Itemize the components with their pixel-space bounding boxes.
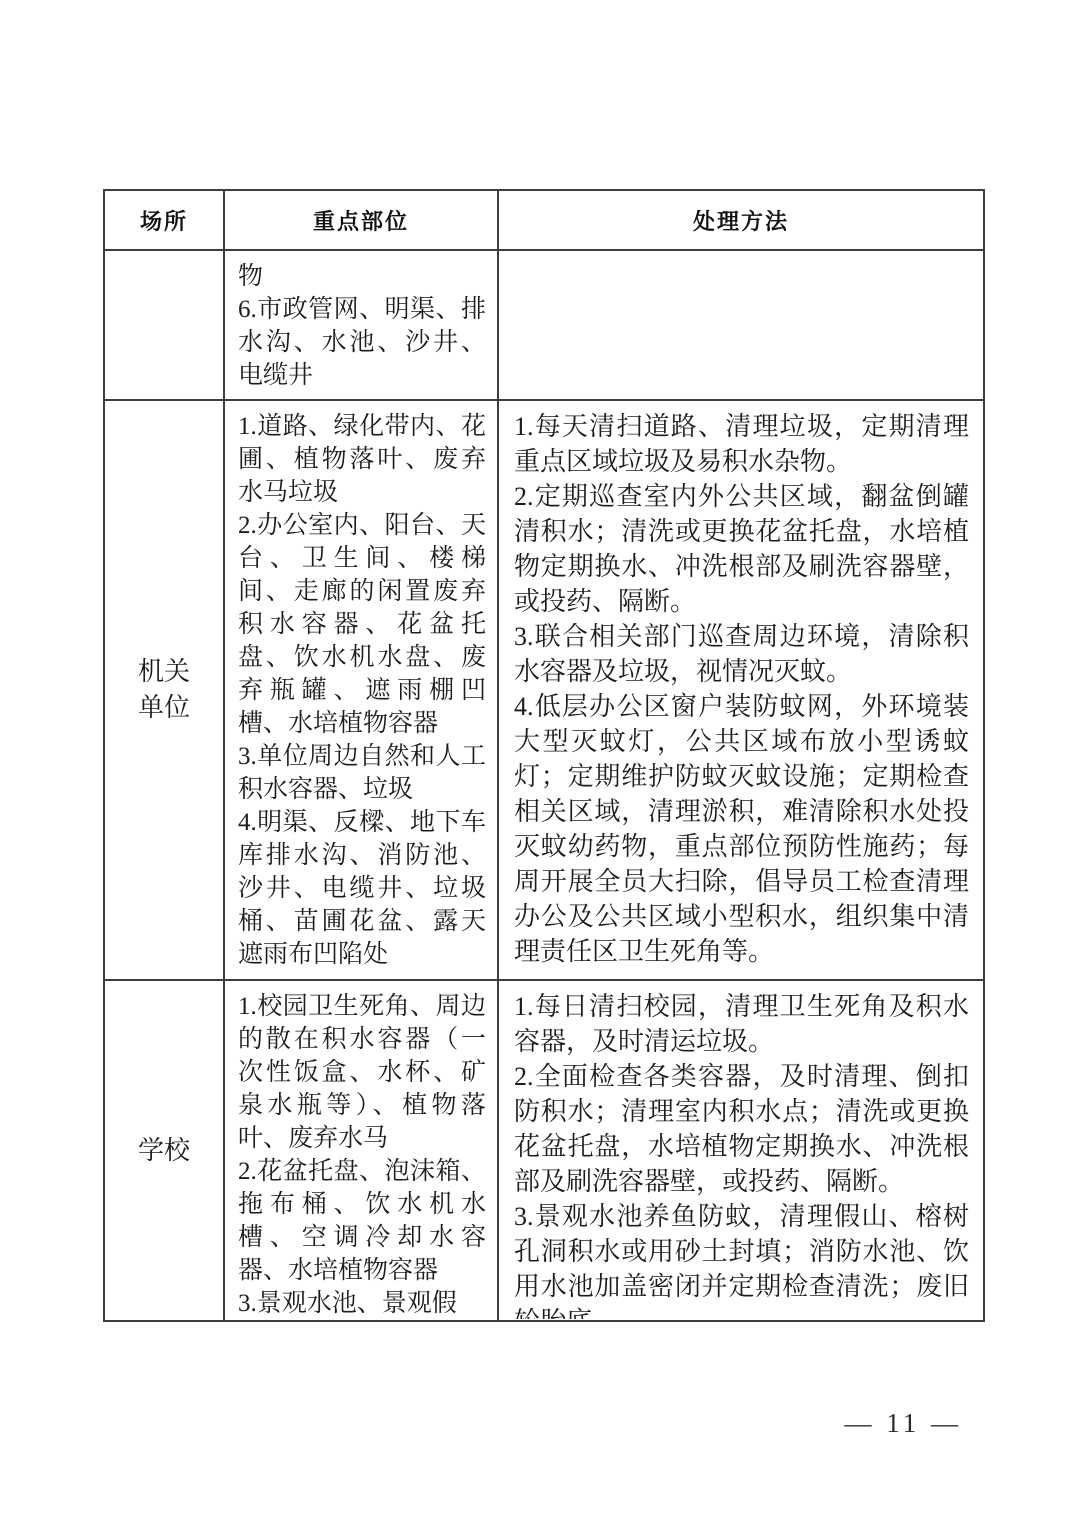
mosquito-control-table: 场所 重点部位 处理方法 物 6.市政管网、明渠、排水沟、水池、沙井、电缆井 机… <box>103 189 985 1322</box>
place-cell: 学校 <box>104 980 224 1321</box>
methods-content: 1.每日清扫校园，清理卫生死角及积水容器，及时清运垃圾。 2.全面检查各类容器，… <box>499 981 983 1319</box>
key-area-item: 1.校园卫生死角、周边的散在积水容器（一次性饭盒、水杯、矿泉水瓶等）、植物落叶、… <box>238 990 486 1155</box>
key-areas-cell: 1.校园卫生死角、周边的散在积水容器（一次性饭盒、水杯、矿泉水瓶等）、植物落叶、… <box>224 980 498 1321</box>
key-area-item: 3.单位周边自然和人工积水容器、垃圾 <box>238 740 486 806</box>
methods-cell: 1.每日清扫校园，清理卫生死角及积水容器，及时清运垃圾。 2.全面检查各类容器，… <box>498 980 984 1321</box>
method-item: 3.景观水池养鱼防蚊，清理假山、榕树孔洞积水或用砂土封填；消防水池、饮用水池加盖… <box>514 1199 969 1319</box>
method-item: 3.联合相关部门巡查周边环境，清除积水容器及垃圾，视情况灭蚊。 <box>514 619 969 689</box>
methods-cell: 1.每天清扫道路、清理垃圾，定期清理重点区域垃圾及易积水杂物。 2.定期巡查室内… <box>498 400 984 980</box>
key-areas-cell: 1.道路、绿化带内、花圃、植物落叶、废弃水马垃圾 2.办公室内、阳台、天台、卫生… <box>224 400 498 980</box>
table-row-schools: 学校 1.校园卫生死角、周边的散在积水容器（一次性饭盒、水杯、矿泉水瓶等）、植物… <box>104 980 984 1321</box>
header-key-areas: 重点部位 <box>224 190 498 250</box>
methods-content: 1.每天清扫道路、清理垃圾，定期清理重点区域垃圾及易积水杂物。 2.定期巡查室内… <box>499 401 983 969</box>
key-area-item: 6.市政管网、明渠、排水沟、水池、沙井、电缆井 <box>238 293 486 392</box>
method-item: 1.每日清扫校园，清理卫生死角及积水容器，及时清运垃圾。 <box>514 989 969 1059</box>
key-areas-cell: 物 6.市政管网、明渠、排水沟、水池、沙井、电缆井 <box>224 250 498 400</box>
method-item: 4.低层办公区窗户装防蚊网，外环境装大型灭蚊灯，公共区域布放小型诱蚊灯；定期维护… <box>514 689 969 969</box>
key-area-item: 4.明渠、反樑、地下车库排水沟、消防池、沙井、电缆井、垃圾桶、苗圃花盆、露天遮雨… <box>238 806 486 971</box>
place-cell: 机关单位 <box>104 400 224 980</box>
place-label: 机关单位 <box>138 654 190 726</box>
header-methods: 处理方法 <box>498 190 984 250</box>
table-row-gov-offices: 机关单位 1.道路、绿化带内、花圃、植物落叶、废弃水马垃圾 2.办公室内、阳台、… <box>104 400 984 980</box>
header-place: 场所 <box>104 190 224 250</box>
key-area-item: 物 <box>238 260 486 293</box>
key-areas-content: 1.校园卫生死角、周边的散在积水容器（一次性饭盒、水杯、矿泉水瓶等）、植物落叶、… <box>225 981 497 1320</box>
method-item: 1.每天清扫道路、清理垃圾，定期清理重点区域垃圾及易积水杂物。 <box>514 409 969 479</box>
key-area-item: 2.花盆托盘、泡沫箱、拖布桶、饮水机水槽、空调冷却水容器、水培植物容器 <box>238 1155 486 1287</box>
table-header-row: 场所 重点部位 处理方法 <box>104 190 984 250</box>
page-number: — 11 — <box>845 1408 963 1439</box>
key-areas-content: 1.道路、绿化带内、花圃、植物落叶、废弃水马垃圾 2.办公室内、阳台、天台、卫生… <box>225 401 497 971</box>
key-areas-content: 物 6.市政管网、明渠、排水沟、水池、沙井、电缆井 <box>225 251 497 392</box>
place-label: 学校 <box>138 1133 190 1169</box>
key-area-item: 2.办公室内、阳台、天台、卫生间、楼梯间、走廊的闲置废弃积水容器、花盆托盘、饮水… <box>238 509 486 740</box>
key-area-item: 3.景观水池、景观假 <box>238 1287 486 1320</box>
key-area-item: 1.道路、绿化带内、花圃、植物落叶、废弃水马垃圾 <box>238 410 486 509</box>
place-cell-empty <box>104 250 224 400</box>
table-row-continuation: 物 6.市政管网、明渠、排水沟、水池、沙井、电缆井 <box>104 250 984 400</box>
method-item: 2.定期巡查室内外公共区域，翻盆倒罐清积水；清洗或更换花盆托盘，水培植物定期换水… <box>514 479 969 619</box>
method-item: 2.全面检查各类容器，及时清理、倒扣防积水；清理室内积水点；清洗或更换花盆托盘，… <box>514 1059 969 1199</box>
document-page: 场所 重点部位 处理方法 物 6.市政管网、明渠、排水沟、水池、沙井、电缆井 机… <box>0 0 1074 1520</box>
methods-cell-empty <box>498 250 984 400</box>
